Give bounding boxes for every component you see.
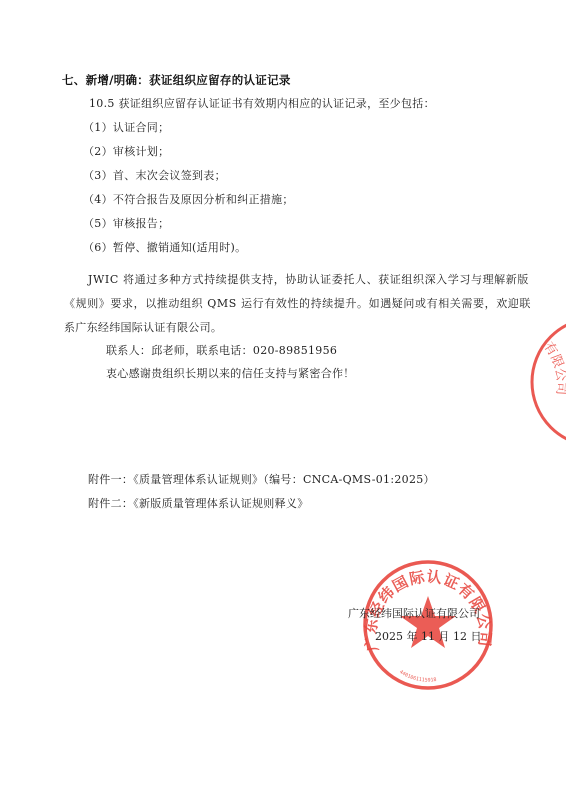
signature-company: 广东经纬国际认证有限公司 [348, 607, 480, 621]
thanks-line: 衷心感谢贵组织长期以来的信任支持与紧密合作！ [106, 367, 355, 381]
attachment-2: 附件二：《新版质量管理体系认证规则释义》 [88, 497, 309, 511]
svg-text:有限公司: 有限公司 [540, 340, 566, 396]
company-seal-icon: 广东经纬国际认证有限公司 4401061115918 [358, 558, 498, 693]
record-item: （4）不符合报告及原因分析和纠正措施； [83, 193, 294, 207]
closing-paragraph-line: 《规则》要求，以推动组织 QMS 运行有效性的持续提升。如遇疑问或有相关需要，欢… [64, 297, 531, 311]
record-item: （1）认证合同； [83, 121, 169, 135]
closing-paragraph-line: JWIC 将通过多种方式持续提供支持，协助认证委托人、获证组织深入学习与理解新版 [88, 273, 529, 287]
partial-stamp-text: 有限公司 [540, 340, 566, 396]
record-item: （2）审核计划； [83, 145, 169, 159]
clause-text: 10.5 获证组织应留存认证证书有效期内相应的认证记录，至少包括： [89, 97, 435, 111]
record-item: （6）暂停、撤销通知(适用时)。 [83, 241, 246, 255]
section-heading: 七、新增/明确：获证组织应留存的认证记录 [62, 73, 291, 87]
signature-date: 2025 年 11 月 12 日 [375, 630, 481, 644]
record-item: （5）审核报告； [83, 217, 169, 231]
record-item: （3）首、末次会议签到表； [83, 169, 226, 183]
document-page: 七、新增/明确：获证组织应留存的认证记录 10.5 获证组织应留存认证证书有效期… [0, 0, 566, 800]
contact-line: 联系人：邱老师，联系电话：020-89851956 [106, 344, 337, 358]
partial-stamp-icon: 有限公司 [500, 318, 566, 443]
attachment-1: 附件一：《质量管理体系认证规则》（编号：CNCA-QMS-01:2025） [88, 473, 435, 487]
closing-paragraph-line: 系广东经纬国际认证有限公司。 [64, 321, 222, 335]
